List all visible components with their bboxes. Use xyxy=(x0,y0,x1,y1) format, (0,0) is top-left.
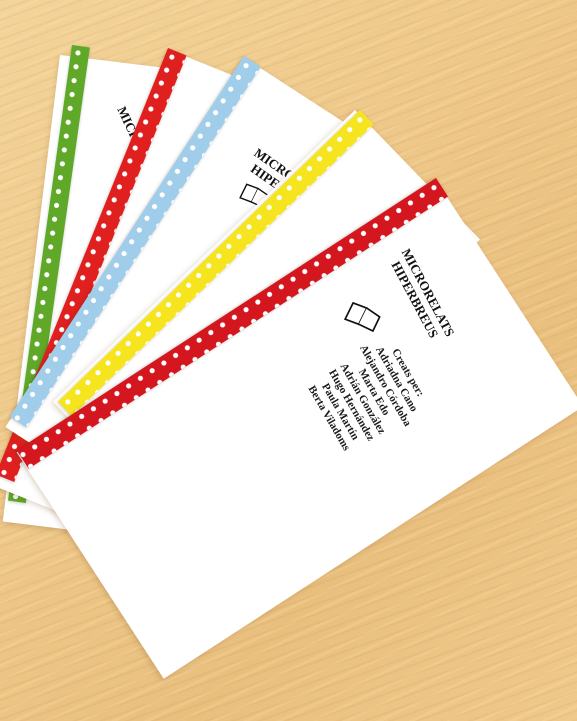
booklet-photo: MICRORELATS MICRORELATS HIPERBREUS MICRO… xyxy=(0,0,577,721)
